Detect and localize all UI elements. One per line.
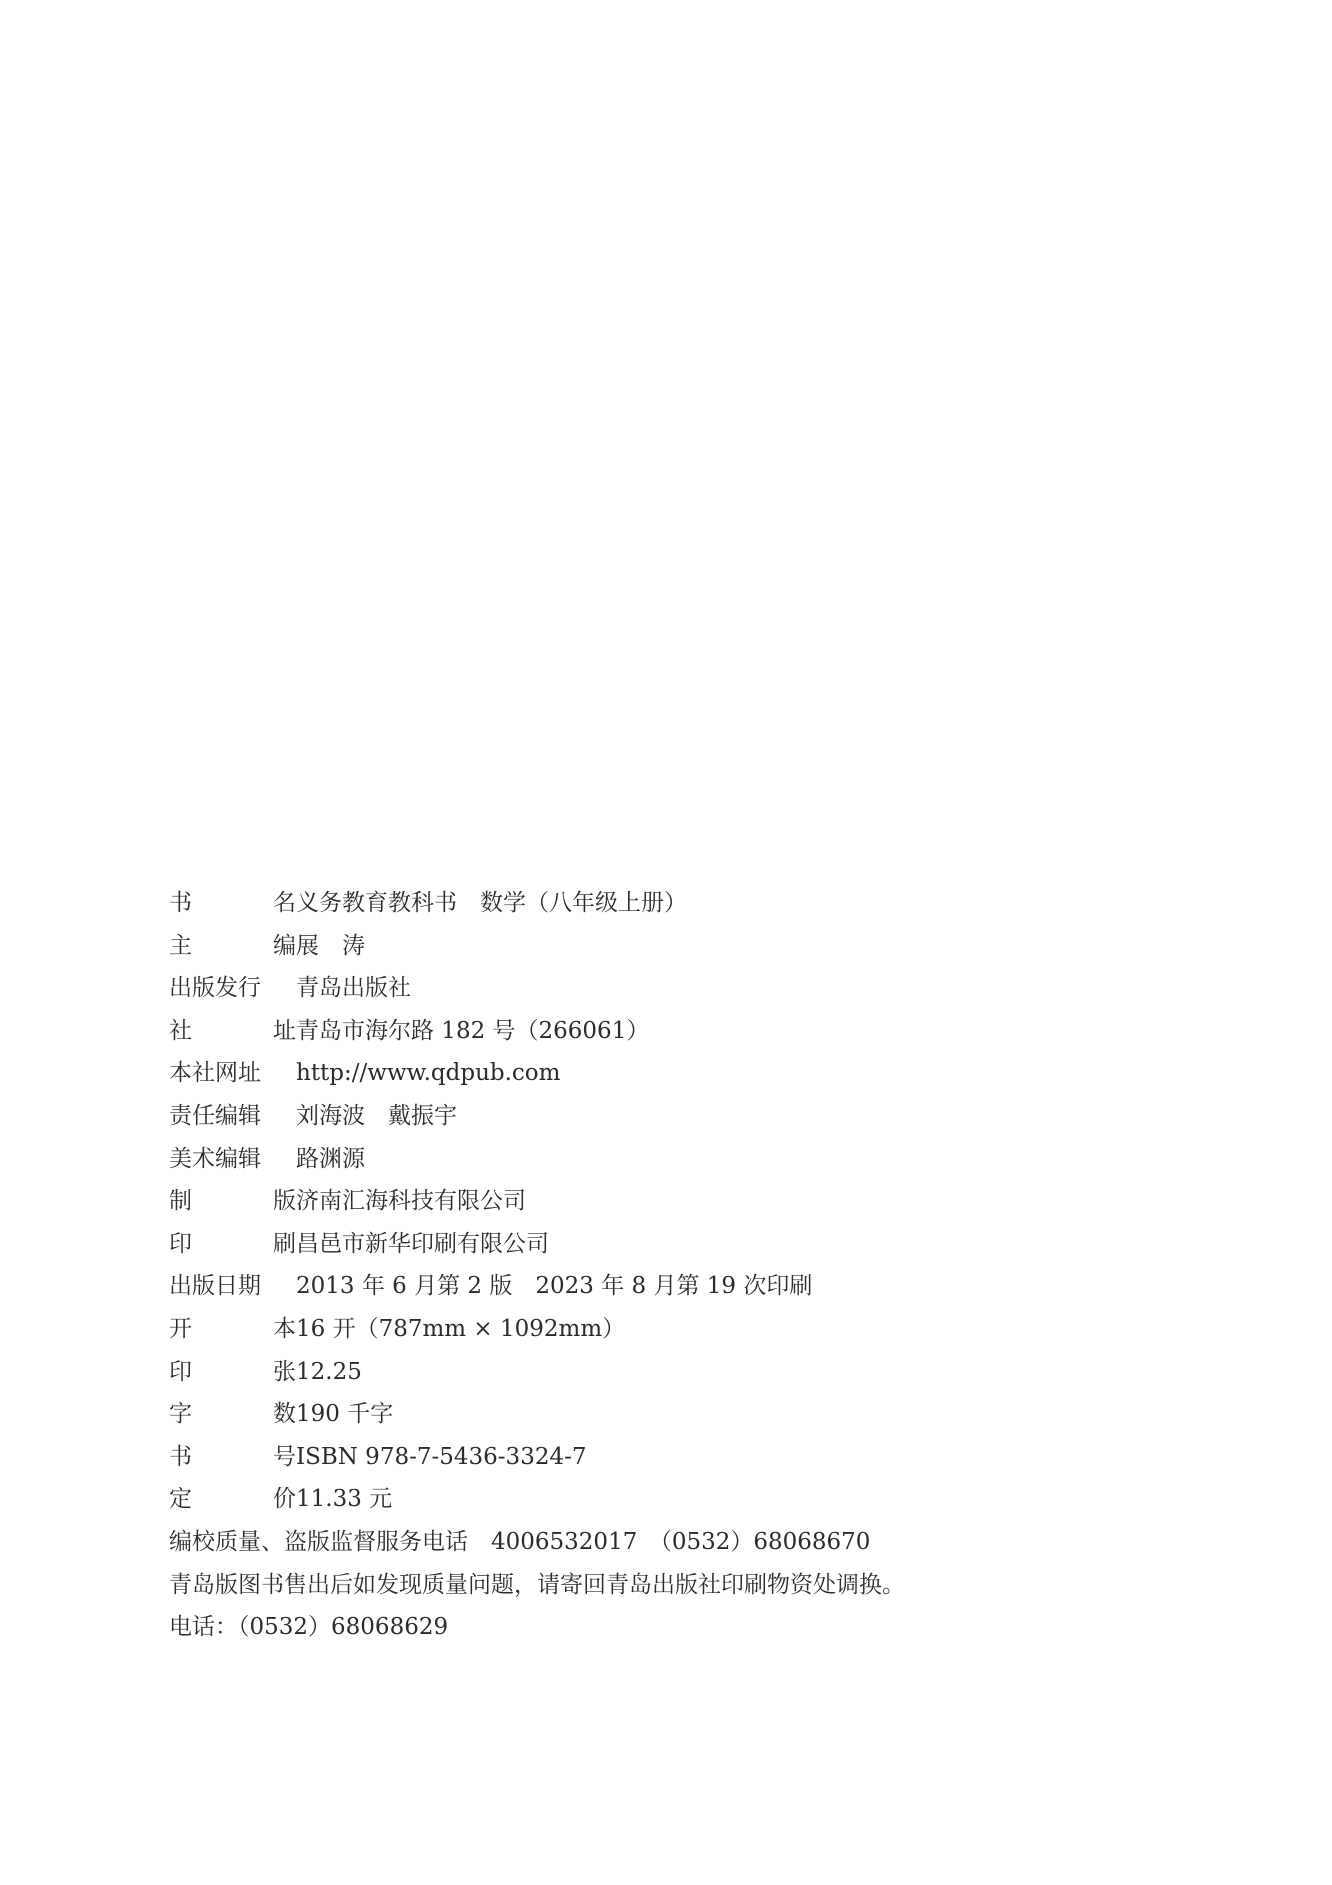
row-isbn: 书 号 ISBN 978-7-5436-3324-7 [169,1436,1169,1479]
label-char: 刷 [273,1223,296,1266]
value-responsible-editors: 刘海波 戴振宇 [296,1095,457,1138]
label-format: 开 本 [169,1308,296,1351]
label-char: 书 [169,882,192,925]
label-char: 号 [273,1436,296,1479]
label-text: 本社网址 [169,1052,261,1095]
value-address: 青岛市海尔路 182 号（266061） [296,1010,649,1053]
row-art-editor: 美术编辑 路渊源 [169,1138,1169,1181]
value-chief-editor: 展 涛 [296,925,365,968]
row-address: 社 址 青岛市海尔路 182 号（266061） [169,1010,1169,1053]
label-char: 版 [273,1180,296,1223]
label-art-editor: 美术编辑 [169,1138,296,1181]
label-isbn: 书 号 [169,1436,296,1479]
label-char: 社 [169,1010,192,1053]
label-plate-making: 制 版 [169,1180,296,1223]
value-title: 义务教育教科书 数学（八年级上册） [296,882,687,925]
value-sheets: 12.25 [296,1351,362,1394]
label-char: 张 [273,1351,296,1394]
value-plate-making: 济南汇海科技有限公司 [296,1180,526,1223]
value-printing: 昌邑市新华印刷有限公司 [296,1223,549,1266]
label-text: 责任编辑 [169,1095,261,1138]
label-char: 编 [273,925,296,968]
row-format: 开 本 16 开（787mm × 1092mm） [169,1308,1169,1351]
label-address: 社 址 [169,1010,296,1053]
label-char: 名 [273,882,296,925]
row-word-count: 字 数 190 千字 [169,1393,1169,1436]
label-text: 美术编辑 [169,1138,261,1181]
value-website: http://www.qdpub.com [296,1052,560,1095]
row-sheets: 印 张 12.25 [169,1351,1169,1394]
label-printing: 印 刷 [169,1223,296,1266]
row-title: 书 名 义务教育教科书 数学（八年级上册） [169,882,1169,925]
label-sheets: 印 张 [169,1351,296,1394]
label-text: 出版发行 [169,967,261,1010]
label-char: 主 [169,925,192,968]
label-char: 数 [273,1393,296,1436]
label-char: 印 [169,1351,192,1394]
row-chief-editor: 主 编 展 涛 [169,925,1169,968]
label-char: 书 [169,1436,192,1479]
label-char: 址 [273,1010,296,1053]
label-word-count: 字 数 [169,1393,296,1436]
value-format: 16 开（787mm × 1092mm） [296,1308,625,1351]
row-publish-date: 出版日期 2013 年 6 月第 2 版 2023 年 8 月第 19 次印刷 [169,1265,1169,1308]
label-title: 书 名 [169,882,296,925]
label-responsible-editors: 责任编辑 [169,1095,296,1138]
label-char: 制 [169,1180,192,1223]
row-website: 本社网址 http://www.qdpub.com [169,1052,1169,1095]
row-price: 定 价 11.33 元 [169,1478,1169,1521]
after-sales-notice: 青岛版图书售出后如发现质量问题，请寄回青岛出版社印刷物资处调换。 [169,1564,1169,1607]
label-chief-editor: 主 编 [169,925,296,968]
row-responsible-editors: 责任编辑 刘海波 戴振宇 [169,1095,1169,1138]
label-website: 本社网址 [169,1052,296,1095]
label-price: 定 价 [169,1478,296,1521]
label-publisher: 出版发行 [169,967,296,1010]
row-publisher: 出版发行 青岛出版社 [169,967,1169,1010]
label-publish-date: 出版日期 [169,1265,296,1308]
value-word-count: 190 千字 [296,1393,393,1436]
row-printing: 印 刷 昌邑市新华印刷有限公司 [169,1223,1169,1266]
value-price: 11.33 元 [296,1478,392,1521]
label-char: 本 [273,1308,296,1351]
row-plate-making: 制 版 济南汇海科技有限公司 [169,1180,1169,1223]
value-publisher: 青岛出版社 [296,967,411,1010]
colophon: 书 名 义务教育教科书 数学（八年级上册） 主 编 展 涛 出版发行 青岛出版社… [169,882,1169,1649]
value-publish-date: 2013 年 6 月第 2 版 2023 年 8 月第 19 次印刷 [296,1265,812,1308]
phone-line: 电话：（0532）68068629 [169,1606,1169,1649]
label-text: 出版日期 [169,1265,261,1308]
value-art-editor: 路渊源 [296,1138,365,1181]
label-char: 开 [169,1308,192,1351]
label-char: 印 [169,1223,192,1266]
value-isbn: ISBN 978-7-5436-3324-7 [296,1436,587,1479]
label-char: 字 [169,1393,192,1436]
label-char: 定 [169,1478,192,1521]
hotline-line: 编校质量、盗版监督服务电话 4006532017 （0532）68068670 [169,1521,1169,1564]
label-char: 价 [273,1478,296,1521]
